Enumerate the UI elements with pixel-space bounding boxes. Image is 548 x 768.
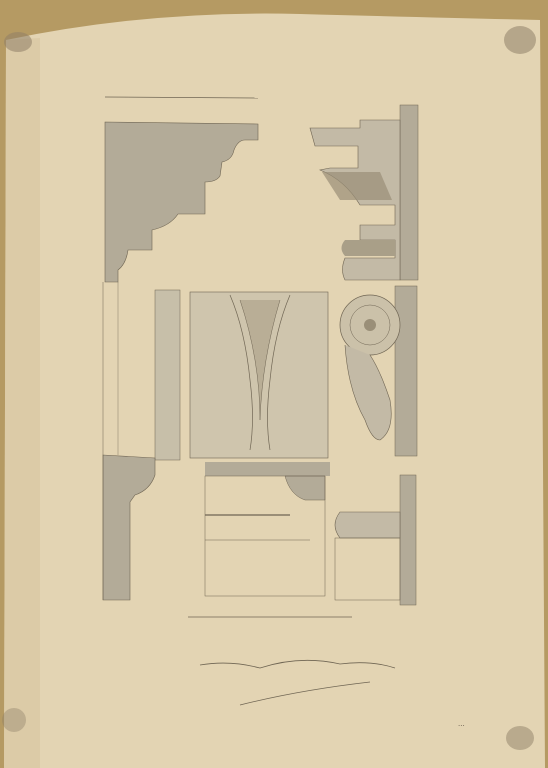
- corner-note: ...: [458, 720, 465, 728]
- drawing-sheet: [0, 0, 548, 768]
